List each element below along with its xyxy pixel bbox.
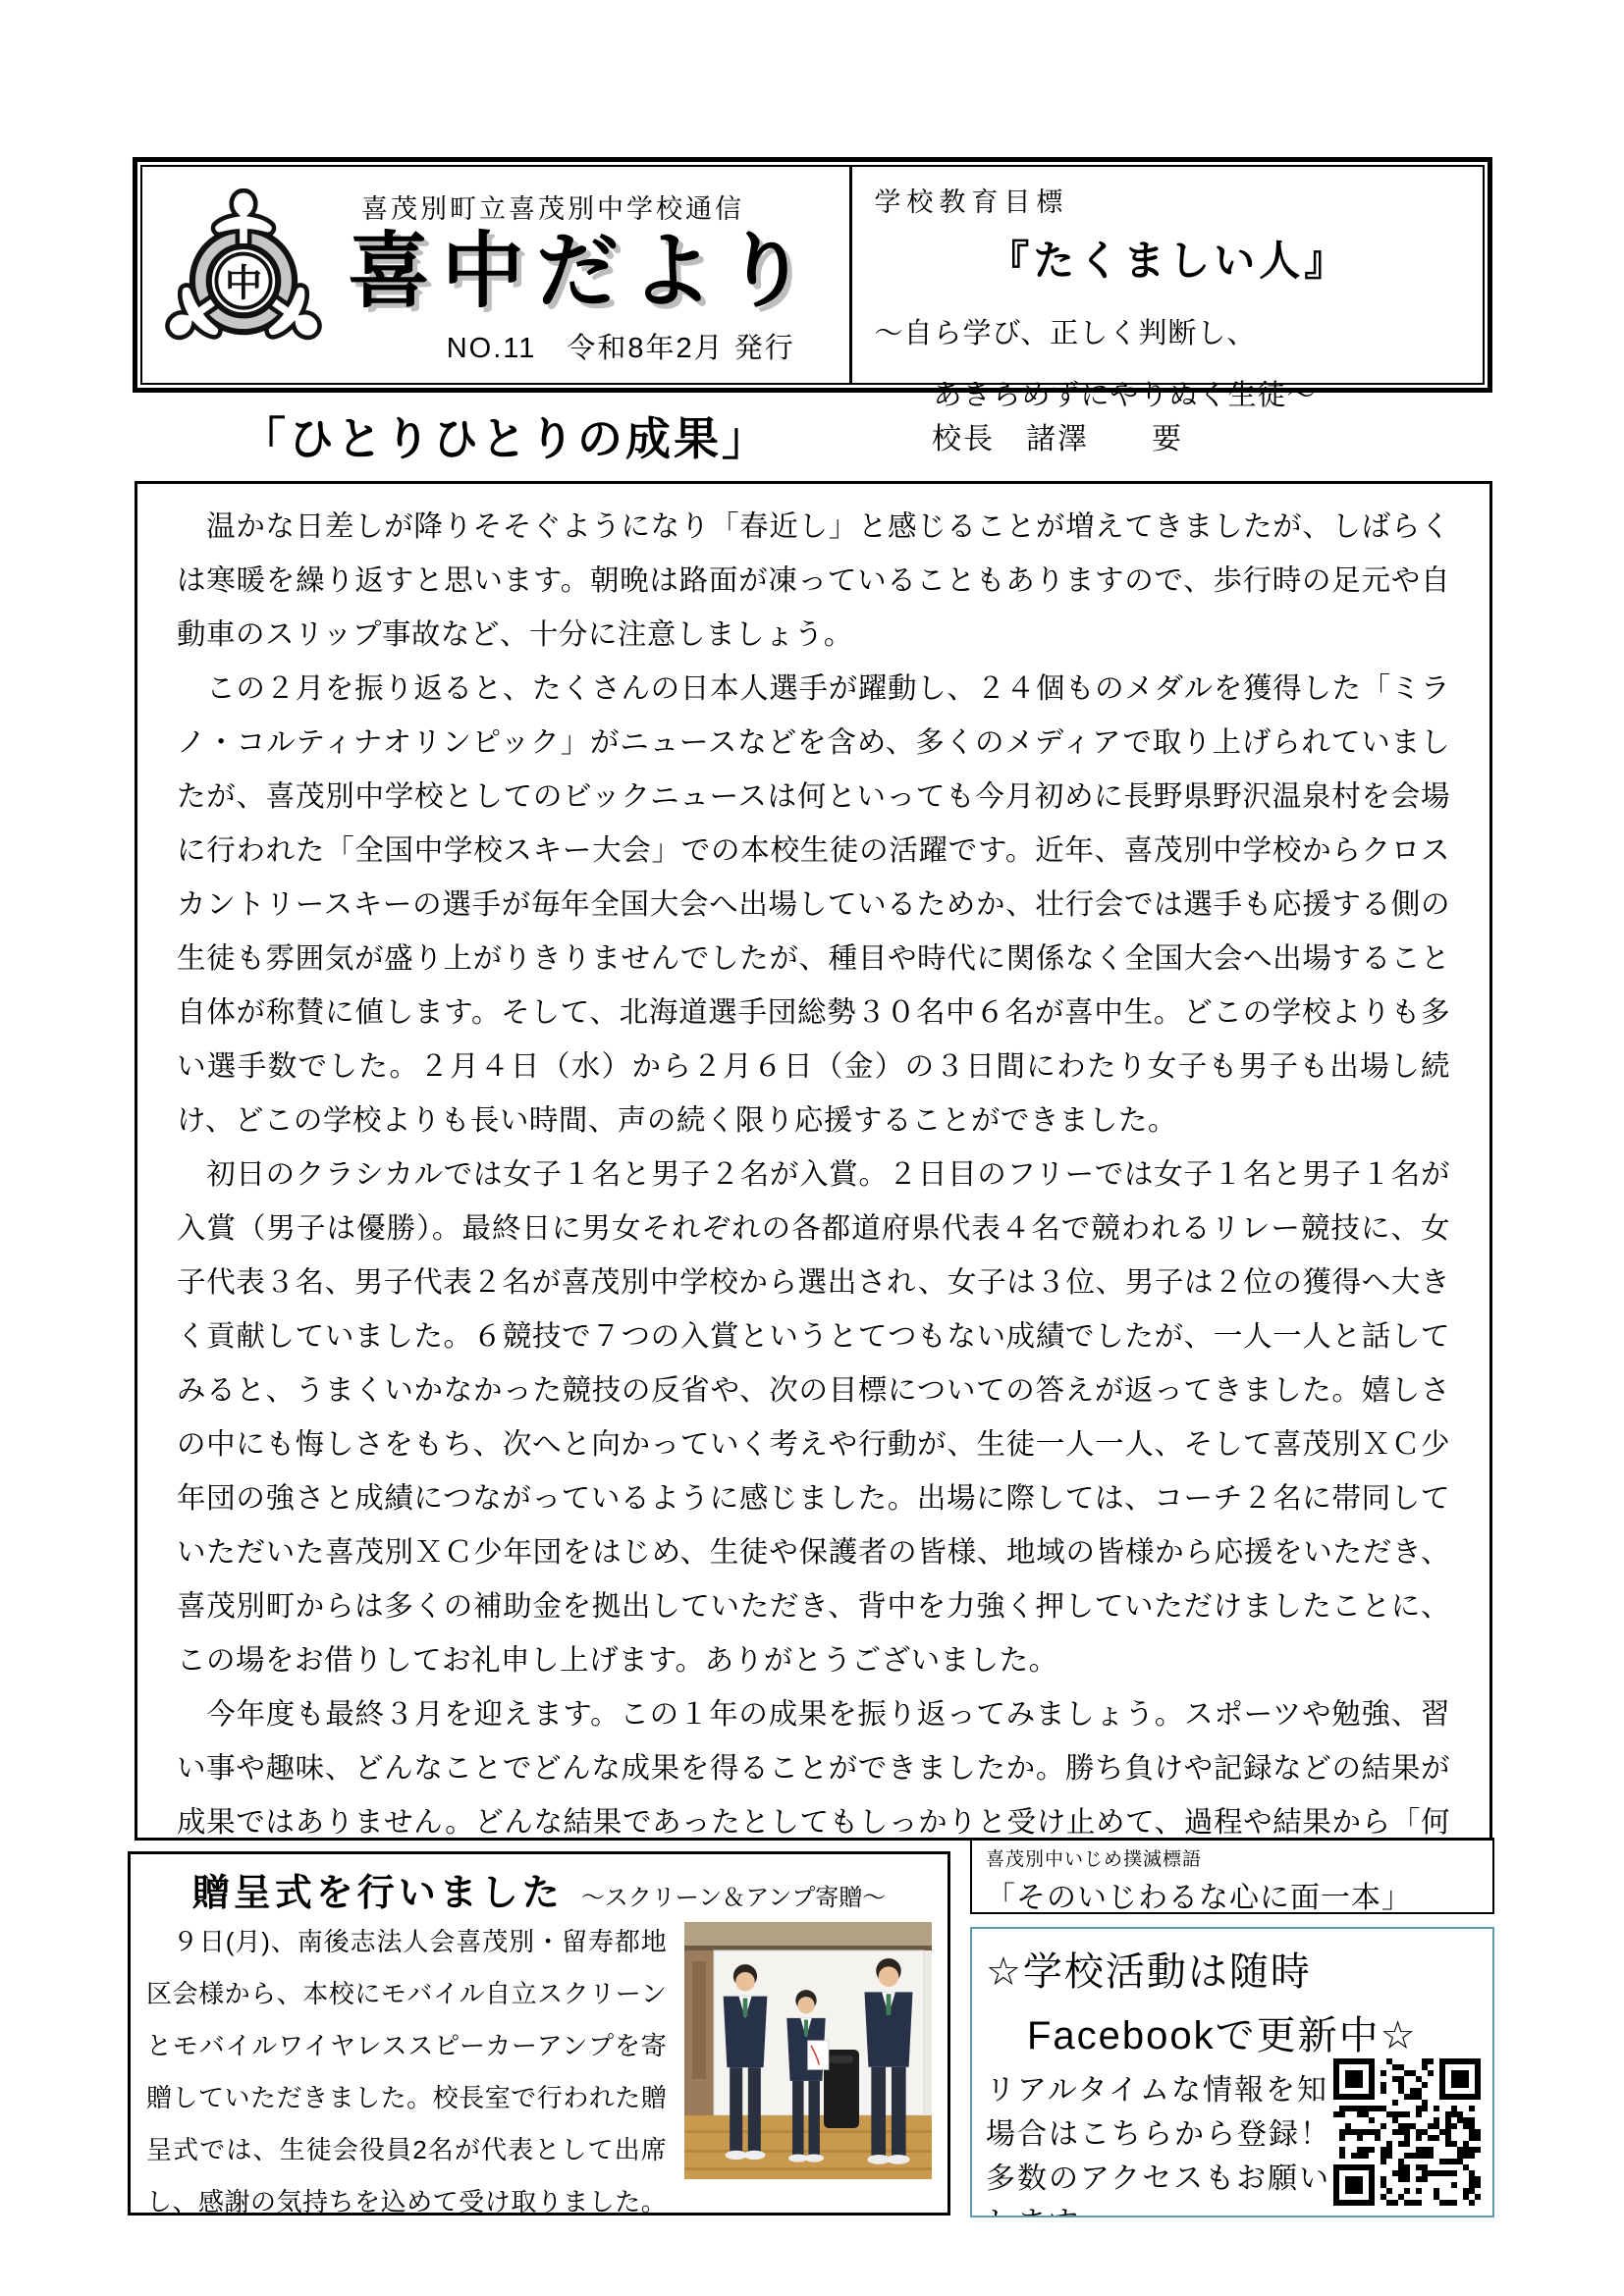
header-inner: 中 喜茂別町立喜茂別中学校通信 喜中だより NO.11 令和8年2月 発行 学校… [140, 165, 1485, 385]
qr-code [1333, 2058, 1481, 2206]
header-right-cell: 学校教育目標 『たくましい人』 ～自ら学び、正しく判断し、 あきらめずにやりぬく… [852, 167, 1483, 383]
donation-title: 贈呈式を行いました [192, 1862, 564, 1916]
slogan-text: 「そのいじわるな心に面一本」 [986, 1873, 1479, 1914]
donation-ceremony-photo [684, 1922, 932, 2179]
education-goal-line1: ～自ら学び、正しく判断し、 [874, 311, 1463, 351]
school-name-line: 喜茂別町立喜茂別中学校通信 [348, 187, 839, 226]
facebook-title-line2: Facebookで更新中☆ [986, 2004, 1479, 2060]
headline-row: 「ひとりひとりの成果」 校長 諸澤 要 [133, 393, 1492, 479]
newsletter-page: 中 喜茂別町立喜茂別中学校通信 喜中だより NO.11 令和8年2月 発行 学校… [0, 0, 1624, 2296]
goal-text-segment: し、 [1197, 318, 1256, 349]
donation-subtitle: ～スクリーン＆アンプ寄贈～ [581, 1878, 887, 1912]
article-paragraph: 初日のクラシカルでは女子１名と男子２名が入賞。２日目のフリーでは女子１名と男子１… [177, 1148, 1450, 1687]
newsletter-title: 喜中だより [348, 226, 839, 320]
facebook-title-line1: ☆学校活動は随時 [986, 1941, 1479, 1997]
goal-text-segment: 、正しく [1020, 318, 1138, 349]
article-title: 「ひとりひとりの成果」 [241, 403, 770, 468]
header-title-block: 喜茂別町立喜茂別中学校通信 喜中だより NO.11 令和8年2月 発行 [344, 178, 849, 372]
goal-text-segment: 判断 [1138, 318, 1197, 349]
education-goal-label: 学校教育目標 [874, 181, 1463, 219]
goal-text-segment: ～自ら [874, 318, 962, 349]
issue-line: NO.11 令和8年2月 発行 [348, 326, 839, 366]
donation-title-row: 贈呈式を行いました ～スクリーン＆アンプ寄贈～ [146, 1862, 932, 1916]
facebook-box: ☆学校活動は随時 Facebookで更新中☆ リアルタイムな情報を知りたい場合は… [970, 1927, 1494, 2217]
article-box: 温かな日差しが降りそそぐようになり「春近し」と感じることが増えてきましたが、しば… [135, 481, 1492, 1841]
header-box: 中 喜茂別町立喜茂別中学校通信 喜中だより NO.11 令和8年2月 発行 学校… [133, 157, 1492, 393]
donation-box: 贈呈式を行いました ～スクリーン＆アンプ寄贈～ [128, 1851, 950, 2216]
article-author: 校長 諸澤 要 [932, 414, 1183, 457]
slogan-box: 喜茂別中いじめ撲滅標語 「そのいじわるな心に面一本」 [970, 1838, 1494, 1914]
article-paragraph: この２月を振り返ると、たくさんの日本人選手が躍動し、２４個ものメダルを獲得した「… [177, 662, 1450, 1148]
slogan-label: 喜茂別中いじめ撲滅標語 [986, 1844, 1479, 1871]
goal-text-segment: 学び [962, 318, 1020, 349]
school-emblem-icon: 中 [142, 182, 344, 368]
article-paragraph: 温かな日差しが降りそそぐようになり「春近し」と感じることが増えてきましたが、しば… [177, 500, 1450, 662]
education-goal-title: 『たくましい人』 [874, 229, 1463, 288]
svg-text:中: 中 [224, 263, 261, 305]
header-left-cell: 中 喜茂別町立喜茂別中学校通信 喜中だより NO.11 令和8年2月 発行 [142, 167, 852, 383]
article-paragraph: 今年度も最終３月を迎えます。この１年の成果を振り返ってみましょう。スポーツや勉強… [177, 1687, 1450, 1841]
